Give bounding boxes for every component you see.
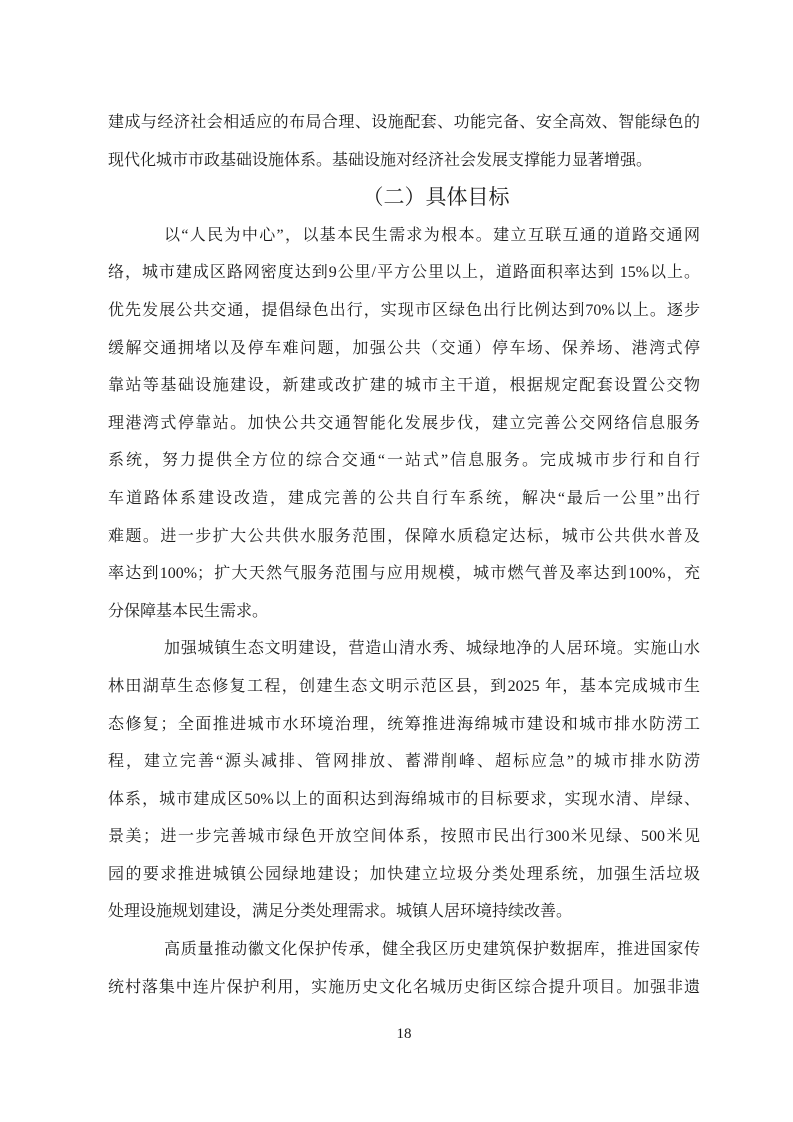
page-number: 18 xyxy=(108,1024,700,1044)
paragraph-line: 络，城市建成区路网密度达到9公里/平方公里以上，道路面积率达到 15%以上。 xyxy=(108,254,700,292)
paragraph-line: 园的要求推进城镇公园绿地建设；加快建立垃圾分类处理系统，加强生活垃圾 xyxy=(108,856,700,894)
para-transport-and-utilities: 以“人民为中心”，以基本民生需求为根本。建立互联互通的道路交通网络，城市建成区路… xyxy=(108,217,700,631)
section-heading: （二）具体目标 xyxy=(108,179,700,217)
paragraph-line: 率达到100%；扩大天然气服务范围与应用规模，城市燃气普及率达到100%，充 xyxy=(108,555,700,593)
paragraph-line: 程，建立完善“源头减排、管网排放、蓄滞削峰、超标应急”的城市排水防涝 xyxy=(108,743,700,781)
paragraph-line: 难题。进一步扩大公共供水服务范围，保障水质稳定达标，城市公共供水普及 xyxy=(108,518,700,556)
paragraph-line: 处理设施规划建设，满足分类处理需求。城镇人居环境持续改善。 xyxy=(108,893,700,931)
para-overall-goal-continuation: 建成与经济社会相适应的布局合理、设施配套、功能完备、安全高效、智能绿色的现代化城… xyxy=(108,104,700,179)
paragraph-line: 理港湾式停靠站。加快公共交通智能化发展步伐，建立完善公交网络信息服务 xyxy=(108,405,700,443)
para-culture-heritage: 高质量推动徽文化保护传承，健全我区历史建筑保护数据库，推进国家传统村落集中连片保… xyxy=(108,931,700,1006)
paragraph-line: 优先发展公共交通，提倡绿色出行，实现市区绿色出行比例达到70%以上。逐步 xyxy=(108,292,700,330)
paragraph-line: 现代化城市市政基础设施体系。基础设施对经济社会发展支撑能力显著增强。 xyxy=(108,142,700,180)
paragraph-line: 加强城镇生态文明建设，营造山清水秀、城绿地净的人居环境。实施山水 xyxy=(108,630,700,668)
text-block: 建成与经济社会相适应的布局合理、设施配套、功能完备、安全高效、智能绿色的现代化城… xyxy=(108,104,700,1006)
paragraph-line: 景美；进一步完善城市绿色开放空间体系，按照市民出行300米见绿、500米见 xyxy=(108,818,700,856)
paragraph-line: 系统，努力提供全方位的综合交通“一站式”信息服务。完成城市步行和自行 xyxy=(108,442,700,480)
paragraph-line: 统村落集中连片保护利用，实施历史文化名城历史街区综合提升项目。加强非遗 xyxy=(108,969,700,1007)
paragraph-line: 高质量推动徽文化保护传承，健全我区历史建筑保护数据库，推进国家传 xyxy=(108,931,700,969)
paragraph-line: 靠站等基础设施建设，新建或改扩建的城市主干道，根据规定配套设置公交物 xyxy=(108,367,700,405)
paragraph-line: 体系，城市建成区50%以上的面积达到海绵城市的目标要求，实现水清、岸绿、 xyxy=(108,781,700,819)
paragraph-line: 建成与经济社会相适应的布局合理、设施配套、功能完备、安全高效、智能绿色的 xyxy=(108,104,700,142)
para-ecology: 加强城镇生态文明建设，营造山清水秀、城绿地净的人居环境。实施山水林田湖草生态修复… xyxy=(108,630,700,931)
paragraph-line: 态修复；全面推进城市水环境治理，统筹推进海绵城市建设和城市排水防涝工 xyxy=(108,706,700,744)
document-page: 建成与经济社会相适应的布局合理、设施配套、功能完备、安全高效、智能绿色的现代化城… xyxy=(0,0,793,1122)
paragraph-line: 缓解交通拥堵以及停车难问题，加强公共（交通）停车场、保养场、港湾式停 xyxy=(108,330,700,368)
paragraph-line: 分保障基本民生需求。 xyxy=(108,593,700,631)
paragraph-line: 以“人民为中心”，以基本民生需求为根本。建立互联互通的道路交通网 xyxy=(108,217,700,255)
paragraph-line: 车道路体系建设改造，建成完善的公共自行车系统，解决“最后一公里”出行 xyxy=(108,480,700,518)
paragraph-line: 林田湖草生态修复工程，创建生态文明示范区县，到2025 年，基本完成城市生 xyxy=(108,668,700,706)
